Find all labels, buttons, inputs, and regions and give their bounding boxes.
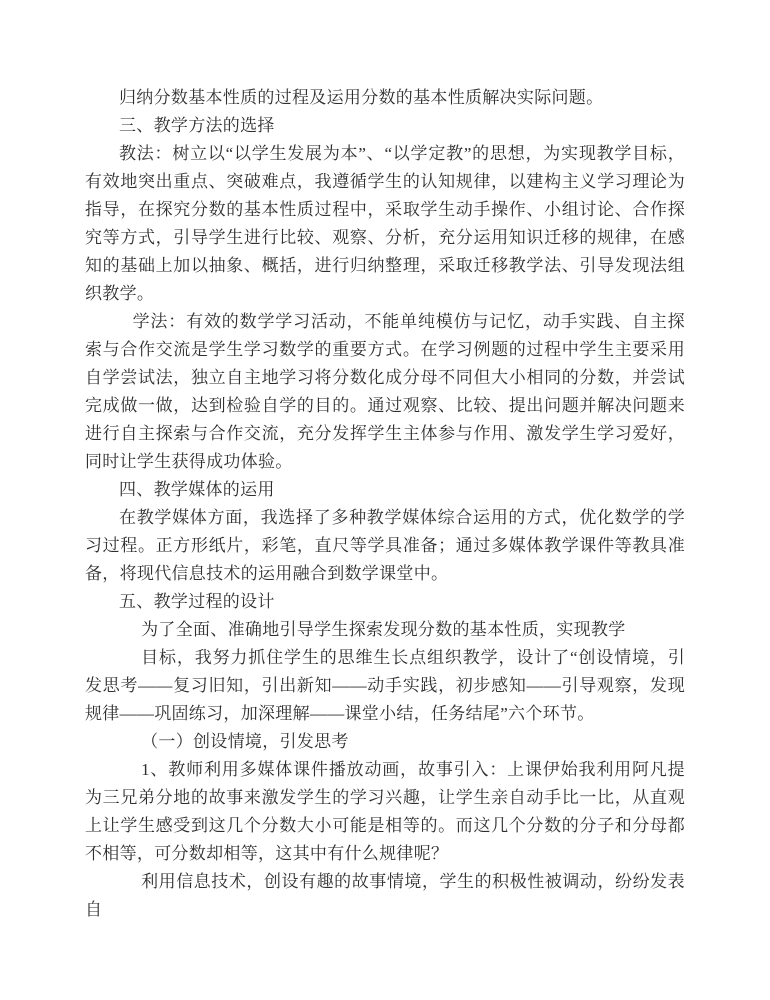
document-page: 归纳分数基本性质的过程及运用分数的基本性质解决实际问题。 三、教学方法的选择 教… bbox=[0, 0, 770, 1000]
heading-subsection-one-create-situation: （一）创设情境，引发思考 bbox=[85, 728, 685, 756]
heading-section-four-teaching-media: 四、教学媒体的运用 bbox=[85, 476, 685, 504]
paragraph-info-tech-engagement: 利用信息技术，创设有趣的故事情境，学生的积极性被调动，纷纷发表自 bbox=[85, 868, 685, 924]
paragraph-learning-method: 学法：有效的数学学习活动，不能单纯模仿与记忆，动手实践、自主探索与合作交流是学生… bbox=[85, 308, 685, 476]
document-content: 归纳分数基本性质的过程及运用分数的基本性质解决实际问题。 三、教学方法的选择 教… bbox=[85, 84, 685, 924]
paragraph-media-use: 在教学媒体方面，我选择了多种教学媒体综合运用的方式，优化数学的学习过程。正方形纸… bbox=[85, 504, 685, 588]
heading-section-five-process-design: 五、教学过程的设计 bbox=[85, 588, 685, 616]
paragraph-teaching-method: 教法：树立以“以学生发展为本”、“以学定教”的思想，为实现教学目标，有效地突出重… bbox=[85, 140, 685, 308]
heading-section-three-teaching-methods: 三、教学方法的选择 bbox=[85, 112, 685, 140]
paragraph-goal-continuation: 归纳分数基本性质的过程及运用分数的基本性质解决实际问题。 bbox=[85, 84, 685, 112]
paragraph-lesson-opening-story: 1、教师利用多媒体课件播放动画，故事引入：上课伊始我利用阿凡提为三兄弟分地的故事… bbox=[85, 756, 685, 868]
paragraph-process-intro: 为了全面、准确地引导学生探索发现分数的基本性质，实现教学 bbox=[85, 616, 685, 644]
paragraph-process-goals-six-steps: 目标，我努力抓住学生的思维生长点组织教学，设计了“创设情境，引发思考——复习旧知… bbox=[85, 644, 685, 728]
